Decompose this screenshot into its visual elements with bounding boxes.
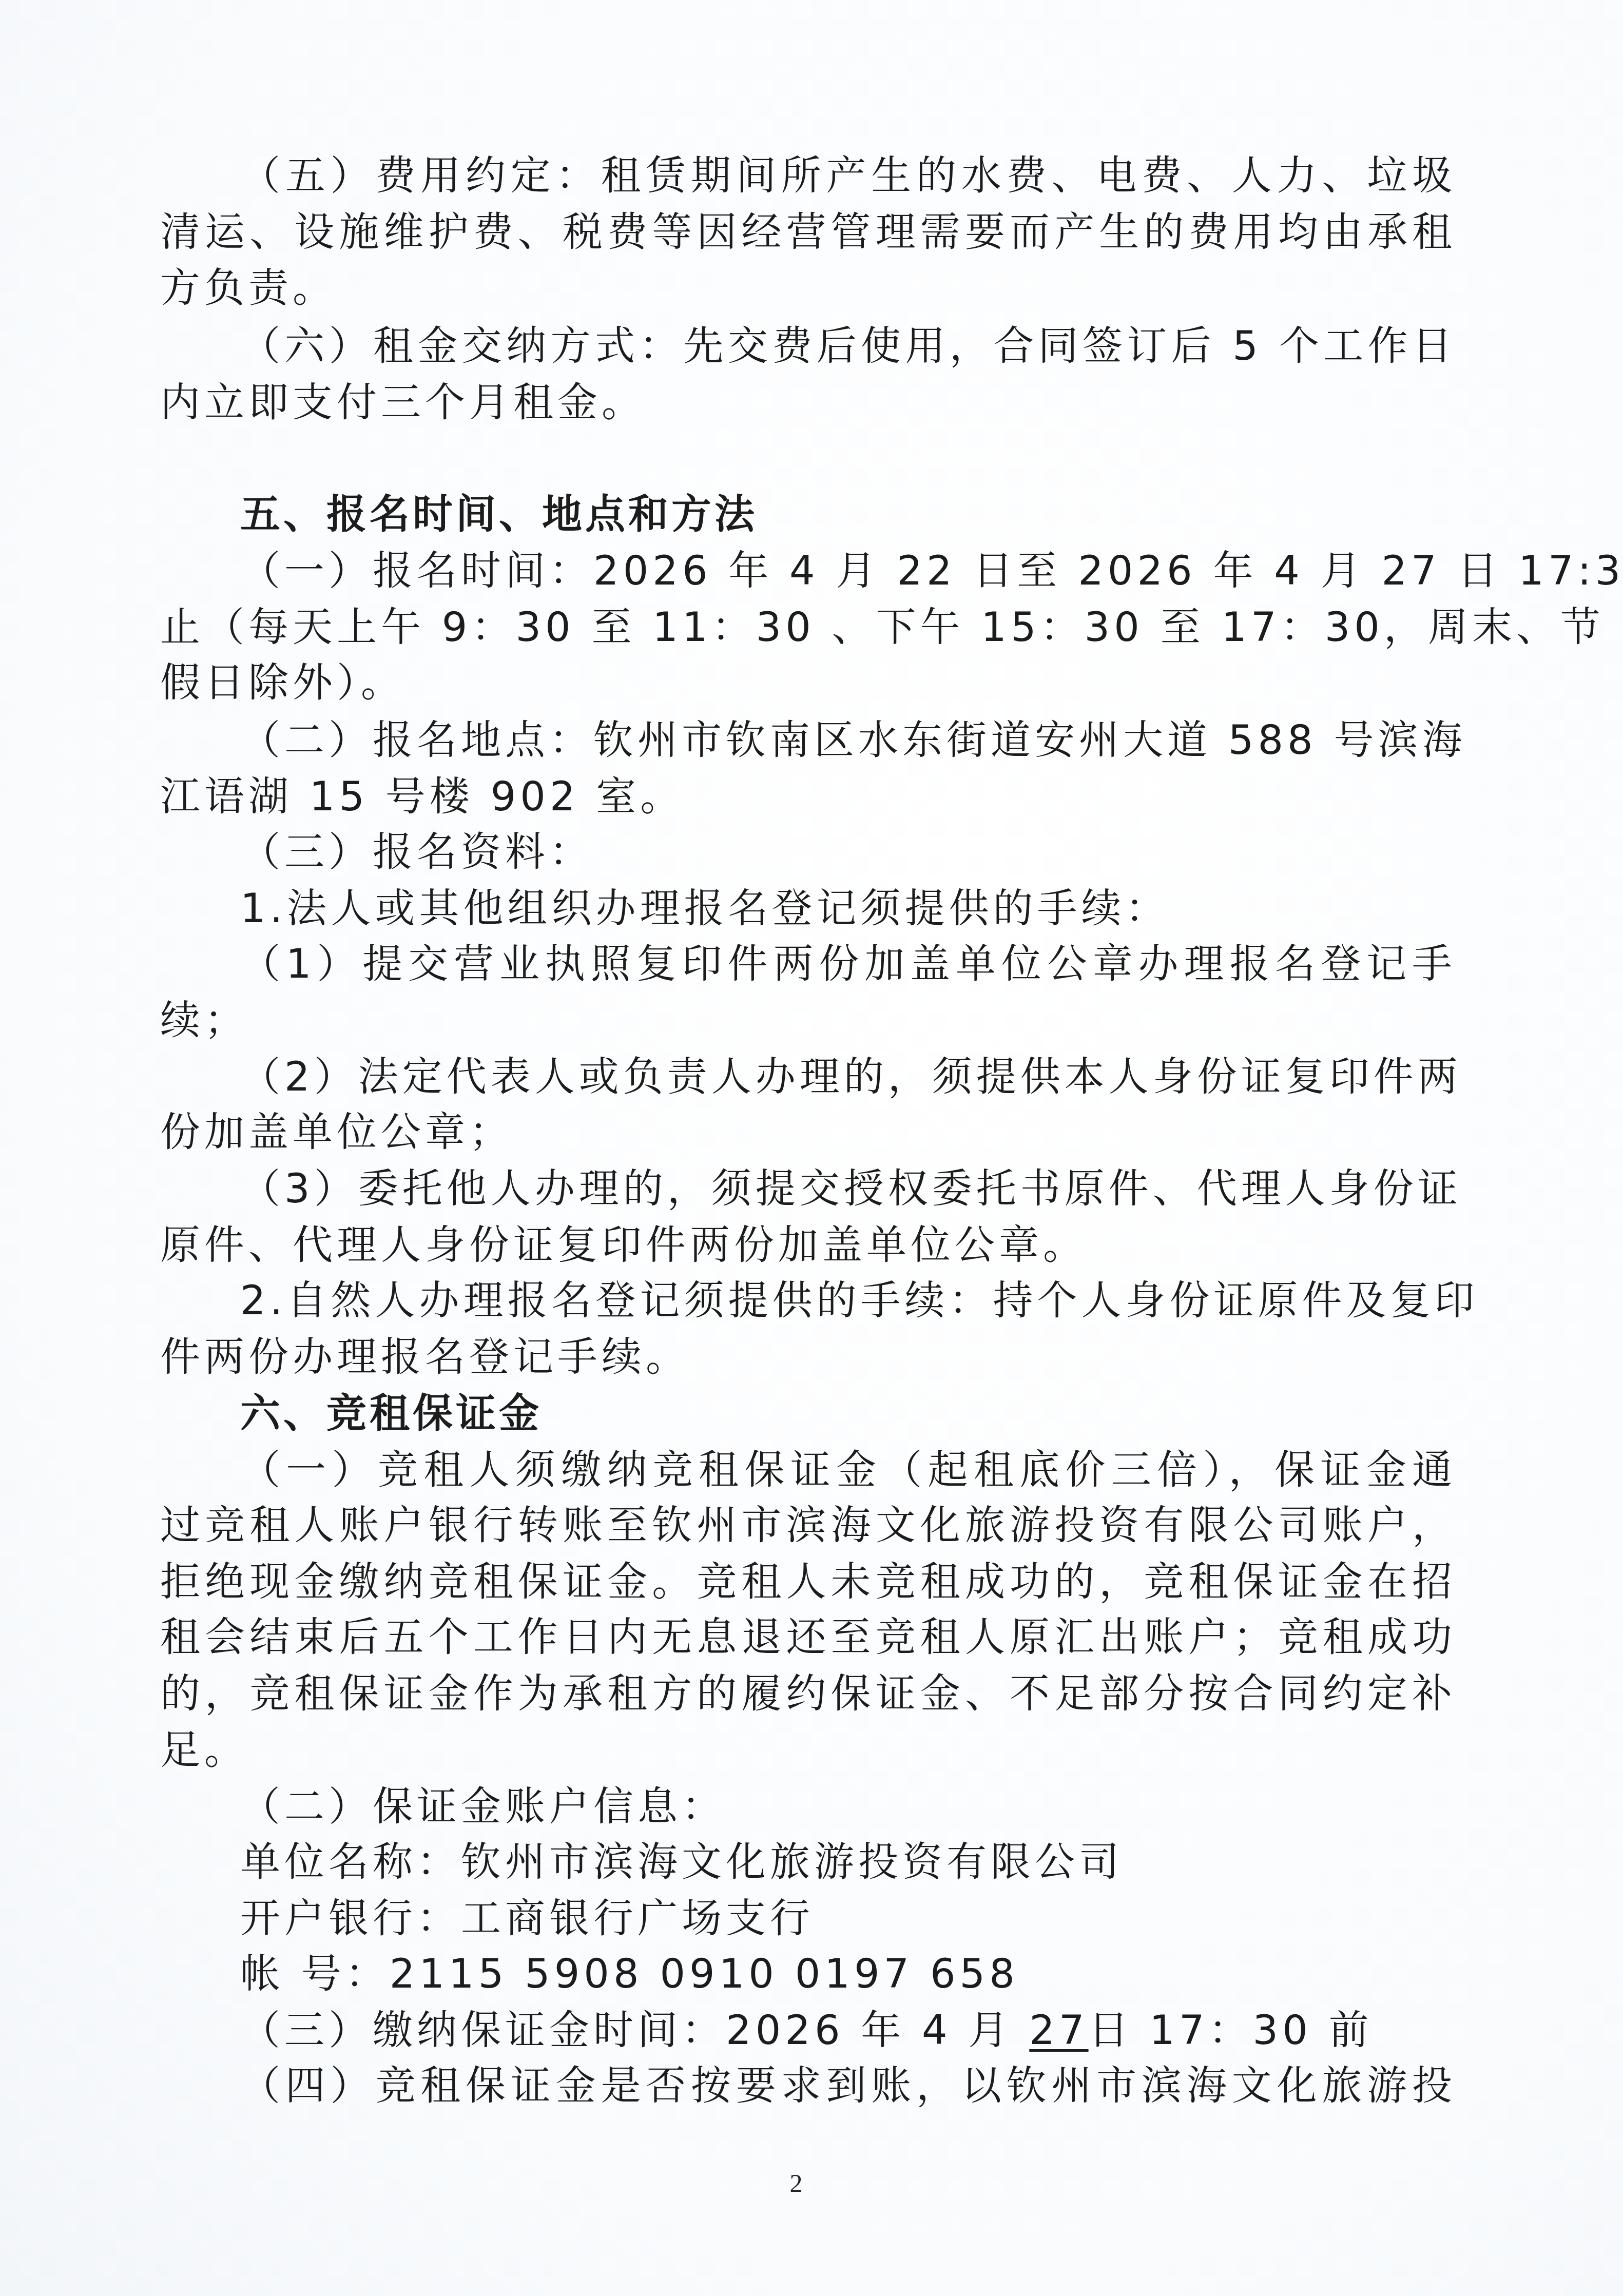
page-number: 2 [786, 2168, 806, 2198]
document-page: （五）费用约定：租赁期间所产生的水费、电费、人力、垃圾 清运、设施维护费、税费等… [0, 0, 1623, 2296]
deposit-time-day: 27 [1029, 2008, 1088, 2054]
paragraph-deposit-arrival: （四）竞租保证金是否按要求到账，以钦州市滨海文化旅游投 [240, 2048, 1456, 2125]
paragraph-line: 内立即支付三个月租金。 [160, 364, 1456, 441]
deposit-time-suffix: 日 17：30 前 [1089, 2008, 1373, 2054]
deposit-time-prefix: （三）缴纳保证金时间：2026 年 4 月 [240, 2008, 1029, 2054]
